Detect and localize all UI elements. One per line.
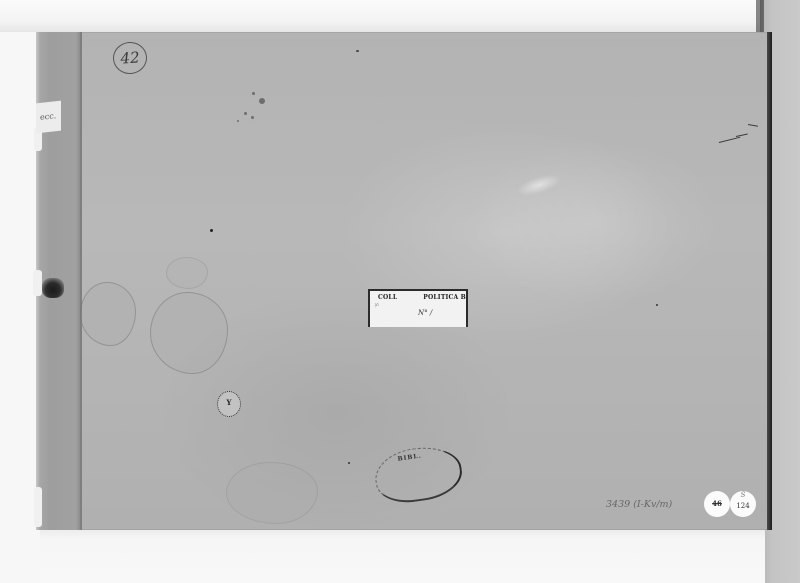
shelfmark-number: 42 bbox=[120, 48, 140, 67]
shelf-sticker-current: S 124 bbox=[730, 491, 756, 517]
scratch-mark bbox=[736, 134, 748, 138]
oval-stamp-text: BIBL. bbox=[397, 452, 422, 462]
scratch-mark bbox=[719, 137, 741, 144]
stain-spot bbox=[237, 120, 239, 122]
stain-spot bbox=[656, 304, 658, 306]
stain-spot bbox=[348, 462, 350, 464]
background-bottom bbox=[40, 530, 765, 583]
label-number: N° / bbox=[418, 309, 461, 317]
sticker-number: 124 bbox=[730, 502, 756, 510]
round-stamp-text: Y bbox=[227, 398, 232, 407]
water-stain bbox=[226, 462, 318, 524]
water-stain bbox=[150, 292, 228, 374]
light-flare bbox=[515, 170, 564, 199]
round-library-stamp: Y bbox=[217, 391, 241, 417]
spine-label-text: ecc. bbox=[40, 111, 56, 122]
shelfmark-circle: 42 bbox=[112, 41, 148, 75]
label-side-text: S. bbox=[373, 303, 379, 308]
stain-spot bbox=[252, 92, 255, 95]
stain-spot bbox=[356, 50, 359, 52]
water-stain bbox=[80, 282, 136, 346]
background-top bbox=[0, 0, 760, 32]
scan-stage: ecc. 42 S. COLLPOLITICA BARC bbox=[0, 0, 800, 583]
stain-spot bbox=[251, 116, 254, 119]
label-title-left: COLL bbox=[378, 294, 397, 301]
label-title-right: POLITICA BARCOLINI bbox=[423, 294, 468, 301]
scratch-mark bbox=[748, 124, 758, 127]
label-title: COLLPOLITICA BARCOLINI bbox=[378, 294, 461, 301]
collection-label: S. COLLPOLITICA BARCOLINI N° / bbox=[368, 289, 468, 327]
stain-spot bbox=[259, 98, 265, 104]
shelf-sticker-old: 46 bbox=[704, 491, 730, 517]
book-spine: ecc. bbox=[36, 32, 82, 530]
pencil-inventory-note: 3439 (I-Kv/m) bbox=[606, 499, 672, 510]
stain-spot bbox=[210, 229, 213, 232]
label-number-value: / bbox=[430, 309, 432, 317]
spine-edge bbox=[80, 32, 82, 530]
water-stain bbox=[166, 257, 208, 289]
spine-tear bbox=[34, 487, 42, 527]
sticker-letter: S bbox=[730, 491, 756, 499]
oval-library-stamp: BIBL. bbox=[372, 442, 466, 507]
label-number-prefix: N° bbox=[418, 309, 428, 317]
sticker-old-number: 46 bbox=[704, 499, 730, 508]
book-cover: ecc. 42 S. COLLPOLITICA BARC bbox=[36, 32, 768, 530]
spine-tear bbox=[33, 270, 42, 296]
ink-blot bbox=[42, 278, 64, 298]
stain-spot bbox=[244, 112, 247, 115]
spine-label: ecc. bbox=[36, 101, 61, 134]
